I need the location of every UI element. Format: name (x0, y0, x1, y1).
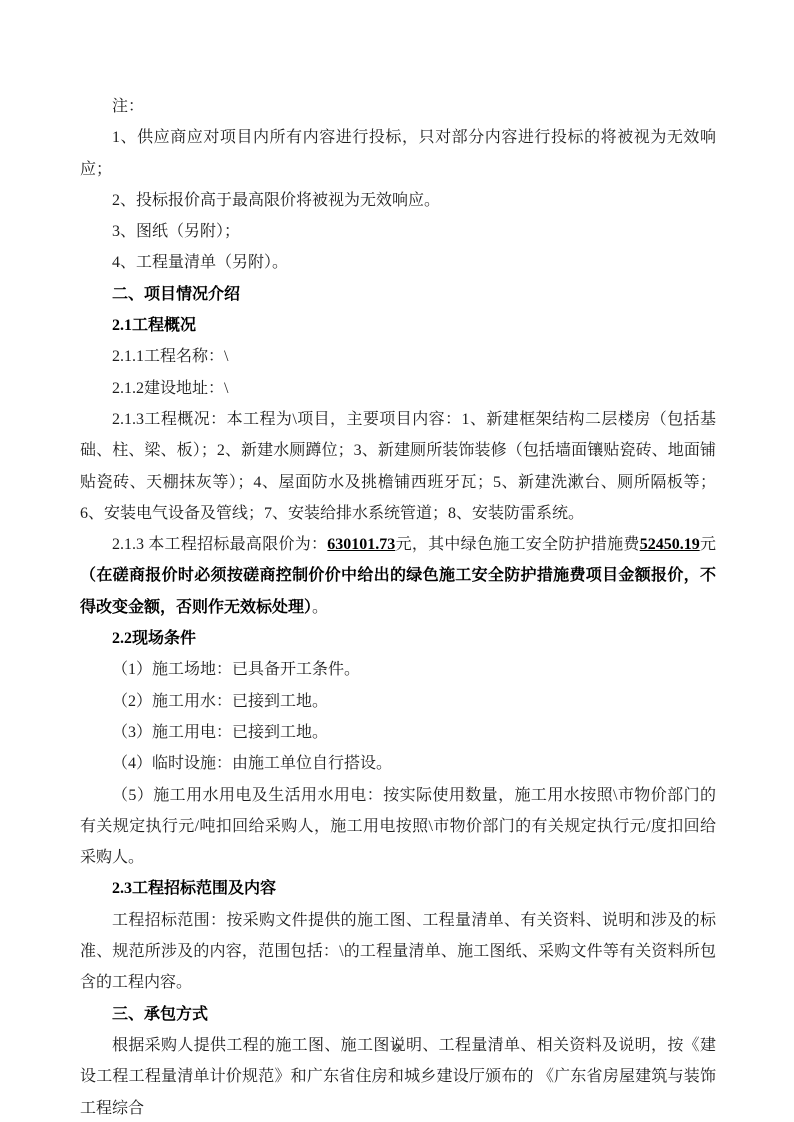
note-item-2-text: 2、投标报价高于最高限价将被视为无效响应。 (112, 192, 440, 209)
item-2-1-1: 2.1.1工程名称：\ (80, 341, 716, 372)
note-item-2: 2、投标报价高于最高限价将被视为无效响应。 (80, 185, 716, 216)
note-item-4: 4、工程量清单（另附）。 (80, 247, 716, 278)
item-2-1-3-overview-text: 2.1.3工程概况：本工程为\项目，主要项目内容：1、新建框架结构二层楼房（包括… (80, 411, 716, 522)
item-2-1-1-text: 2.1.1工程名称：\ (112, 348, 228, 365)
item-2-1-3-price-text: 元，其中绿色施工安全防护措施费 (395, 536, 639, 553)
note-item-1: 1、供应商应对项目内所有内容进行投标，只对部分内容进行投标的将被视为无效响应； (80, 122, 716, 185)
condition-4-text: （4）临时设施：由施工单位自行搭设。 (112, 755, 392, 772)
note-item-3: 3、图纸（另附）； (80, 216, 716, 247)
section-2-heading: 二、项目情况介绍 (80, 279, 716, 310)
item-2-1-3-price: 2.1.3 本工程招标最高限价为：630101.73元，其中绿色施工安全防护措施… (80, 529, 716, 623)
heading-2-1-text: 2.1工程概况 (112, 317, 196, 334)
condition-5: （5）施工用水用电及生活用水用电：按实际使用数量，施工用水按照\市物价部门的有关… (80, 780, 716, 874)
item-2-1-3-overview: 2.1.3工程概况：本工程为\项目，主要项目内容：1、新建框架结构二层楼房（包括… (80, 404, 716, 529)
item-2-1-3-price-text: 52450.19 (640, 536, 700, 553)
section-3-heading-text: 三、承包方式 (112, 1006, 208, 1023)
item-2-1-3-price-text: 2.1.3 本工程招标最高限价为： (112, 536, 327, 553)
condition-1: （1）施工场地：已具备开工条件。 (80, 654, 716, 685)
heading-2-3: 2.3工程招标范围及内容 (80, 873, 716, 904)
document-body: 注：1、供应商应对项目内所有内容进行投标，只对部分内容进行投标的将被视为无效响应… (80, 91, 716, 1122)
condition-5-text: （5）施工用水用电及生活用水用电：按实际使用数量，施工用水按照\市物价部门的有关… (80, 787, 716, 867)
condition-3: （3）施工用电：已接到工地。 (80, 717, 716, 748)
heading-2-3-text: 2.3工程招标范围及内容 (112, 880, 276, 897)
condition-3-text: （3）施工用电：已接到工地。 (112, 724, 328, 741)
note-item-1-text: 1、供应商应对项目内所有内容进行投标，只对部分内容进行投标的将被视为无效响应； (80, 129, 716, 177)
page-footer: 9 (0, 1040, 794, 1056)
item-2-1-3-price-text: （在磋商报价时必须按磋商控制价价中给出的绿色施工安全防护措施费项目金额报价，不得… (80, 567, 716, 615)
condition-4: （4）临时设施：由施工单位自行搭设。 (80, 748, 716, 779)
scope-paragraph-text: 工程招标范围：按采购文件提供的施工图、工程量清单、有关资料、说明和涉及的标准、规… (80, 912, 716, 992)
condition-2: （2）施工用水：已接到工地。 (80, 686, 716, 717)
item-2-1-3-price-text: 630101.73 (327, 536, 395, 553)
note-item-3-text: 3、图纸（另附）； (112, 223, 240, 240)
item-2-1-2-text: 2.1.2建设地址：\ (112, 380, 228, 397)
section-3-heading: 三、承包方式 (80, 999, 716, 1030)
page-number: 9 (394, 1040, 401, 1055)
condition-2-text: （2）施工用水：已接到工地。 (112, 693, 328, 710)
section-2-heading-text: 二、项目情况介绍 (112, 286, 240, 303)
note-label-text: 注： (112, 98, 144, 115)
document-page: 注：1、供应商应对项目内所有内容进行投标，只对部分内容进行投标的将被视为无效响应… (0, 0, 794, 1122)
heading-2-2: 2.2现场条件 (80, 623, 716, 654)
item-2-1-3-price-text: 。 (312, 599, 328, 616)
scope-paragraph: 工程招标范围：按采购文件提供的施工图、工程量清单、有关资料、说明和涉及的标准、规… (80, 905, 716, 999)
note-item-4-text: 4、工程量清单（另附）。 (112, 254, 288, 271)
condition-1-text: （1）施工场地：已具备开工条件。 (112, 661, 360, 678)
heading-2-1: 2.1工程概况 (80, 310, 716, 341)
heading-2-2-text: 2.2现场条件 (112, 630, 196, 647)
item-2-1-3-price-text: 元 (700, 536, 716, 553)
item-2-1-2: 2.1.2建设地址：\ (80, 373, 716, 404)
note-label: 注： (80, 91, 716, 122)
